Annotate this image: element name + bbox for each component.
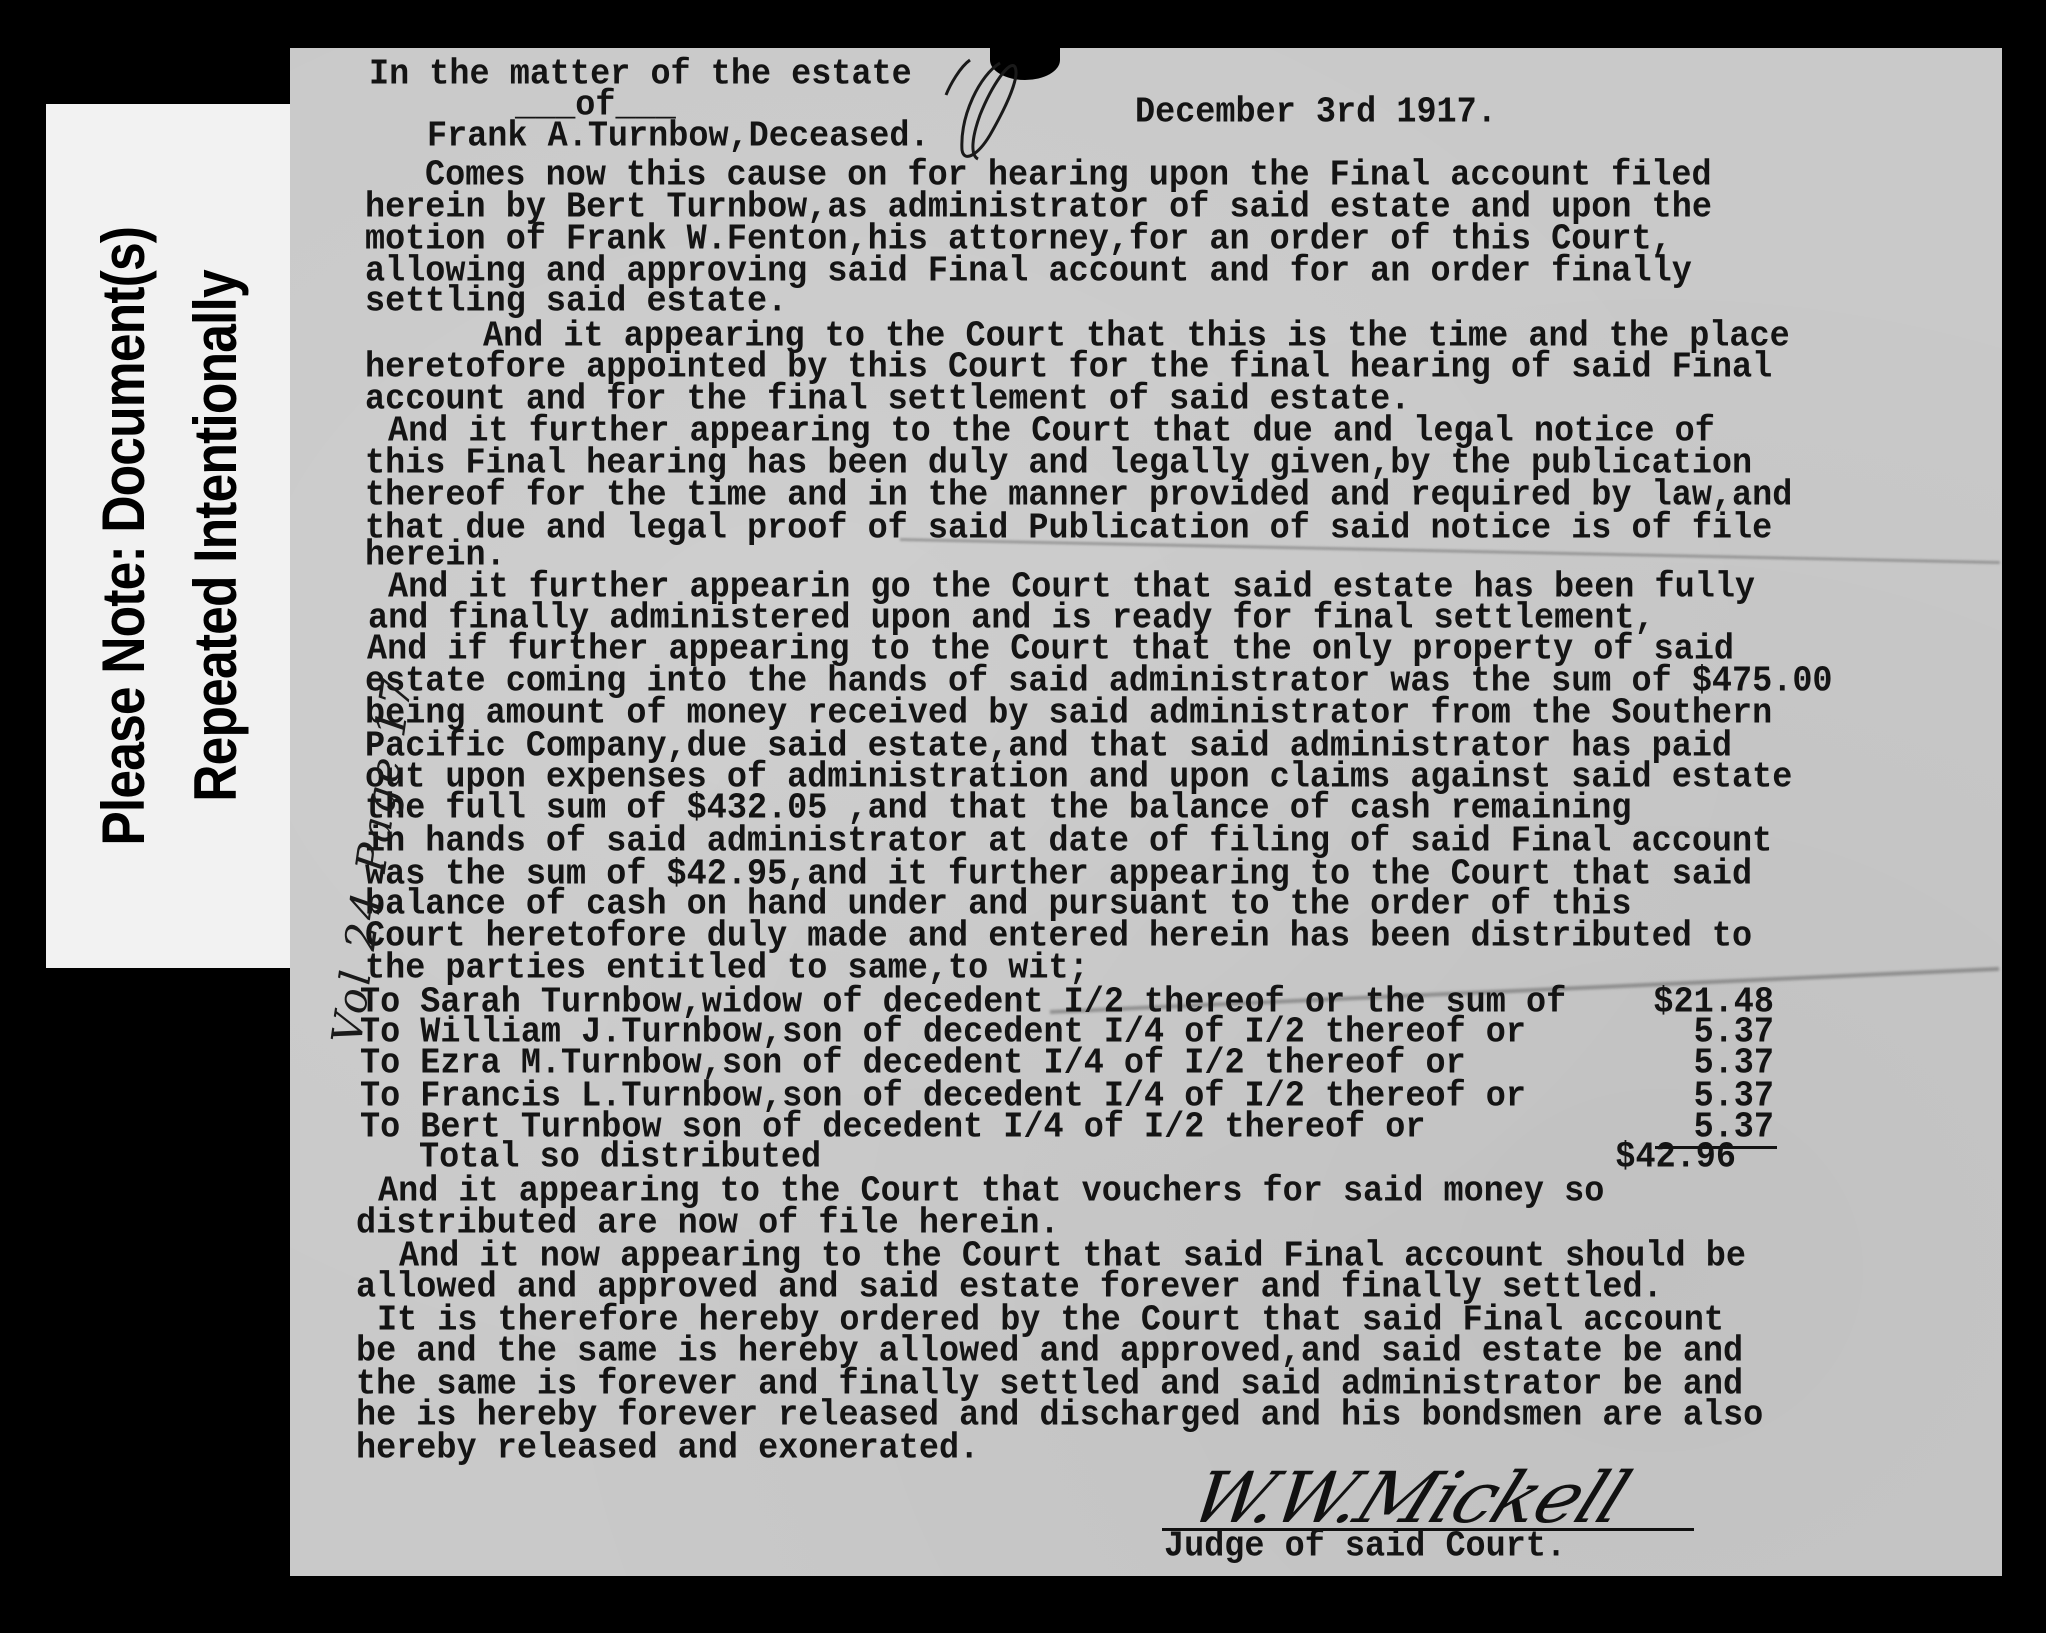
closing-line: hereby released and exonerated. (356, 1431, 979, 1468)
notice-line-1: Please Note: Document(s) (78, 227, 170, 846)
sum-underline (1655, 1146, 1777, 1149)
signature-caption: Judge of said Court. (1164, 1529, 1566, 1566)
repeated-document-notice-sticker: Please Note: Document(s) Repeated Intent… (46, 104, 294, 968)
notice-line-2: Repeated Intentionally (170, 270, 262, 802)
document-date: December 3rd 1917. (1135, 95, 1497, 132)
pen-loop-mark-icon (940, 55, 1030, 165)
caption-line-decedent: Frank A.Turnbow,Deceased. (427, 119, 930, 156)
body-line: that due and legal proof of said Publica… (365, 511, 1772, 548)
body-line: settling said estate. (365, 284, 787, 321)
